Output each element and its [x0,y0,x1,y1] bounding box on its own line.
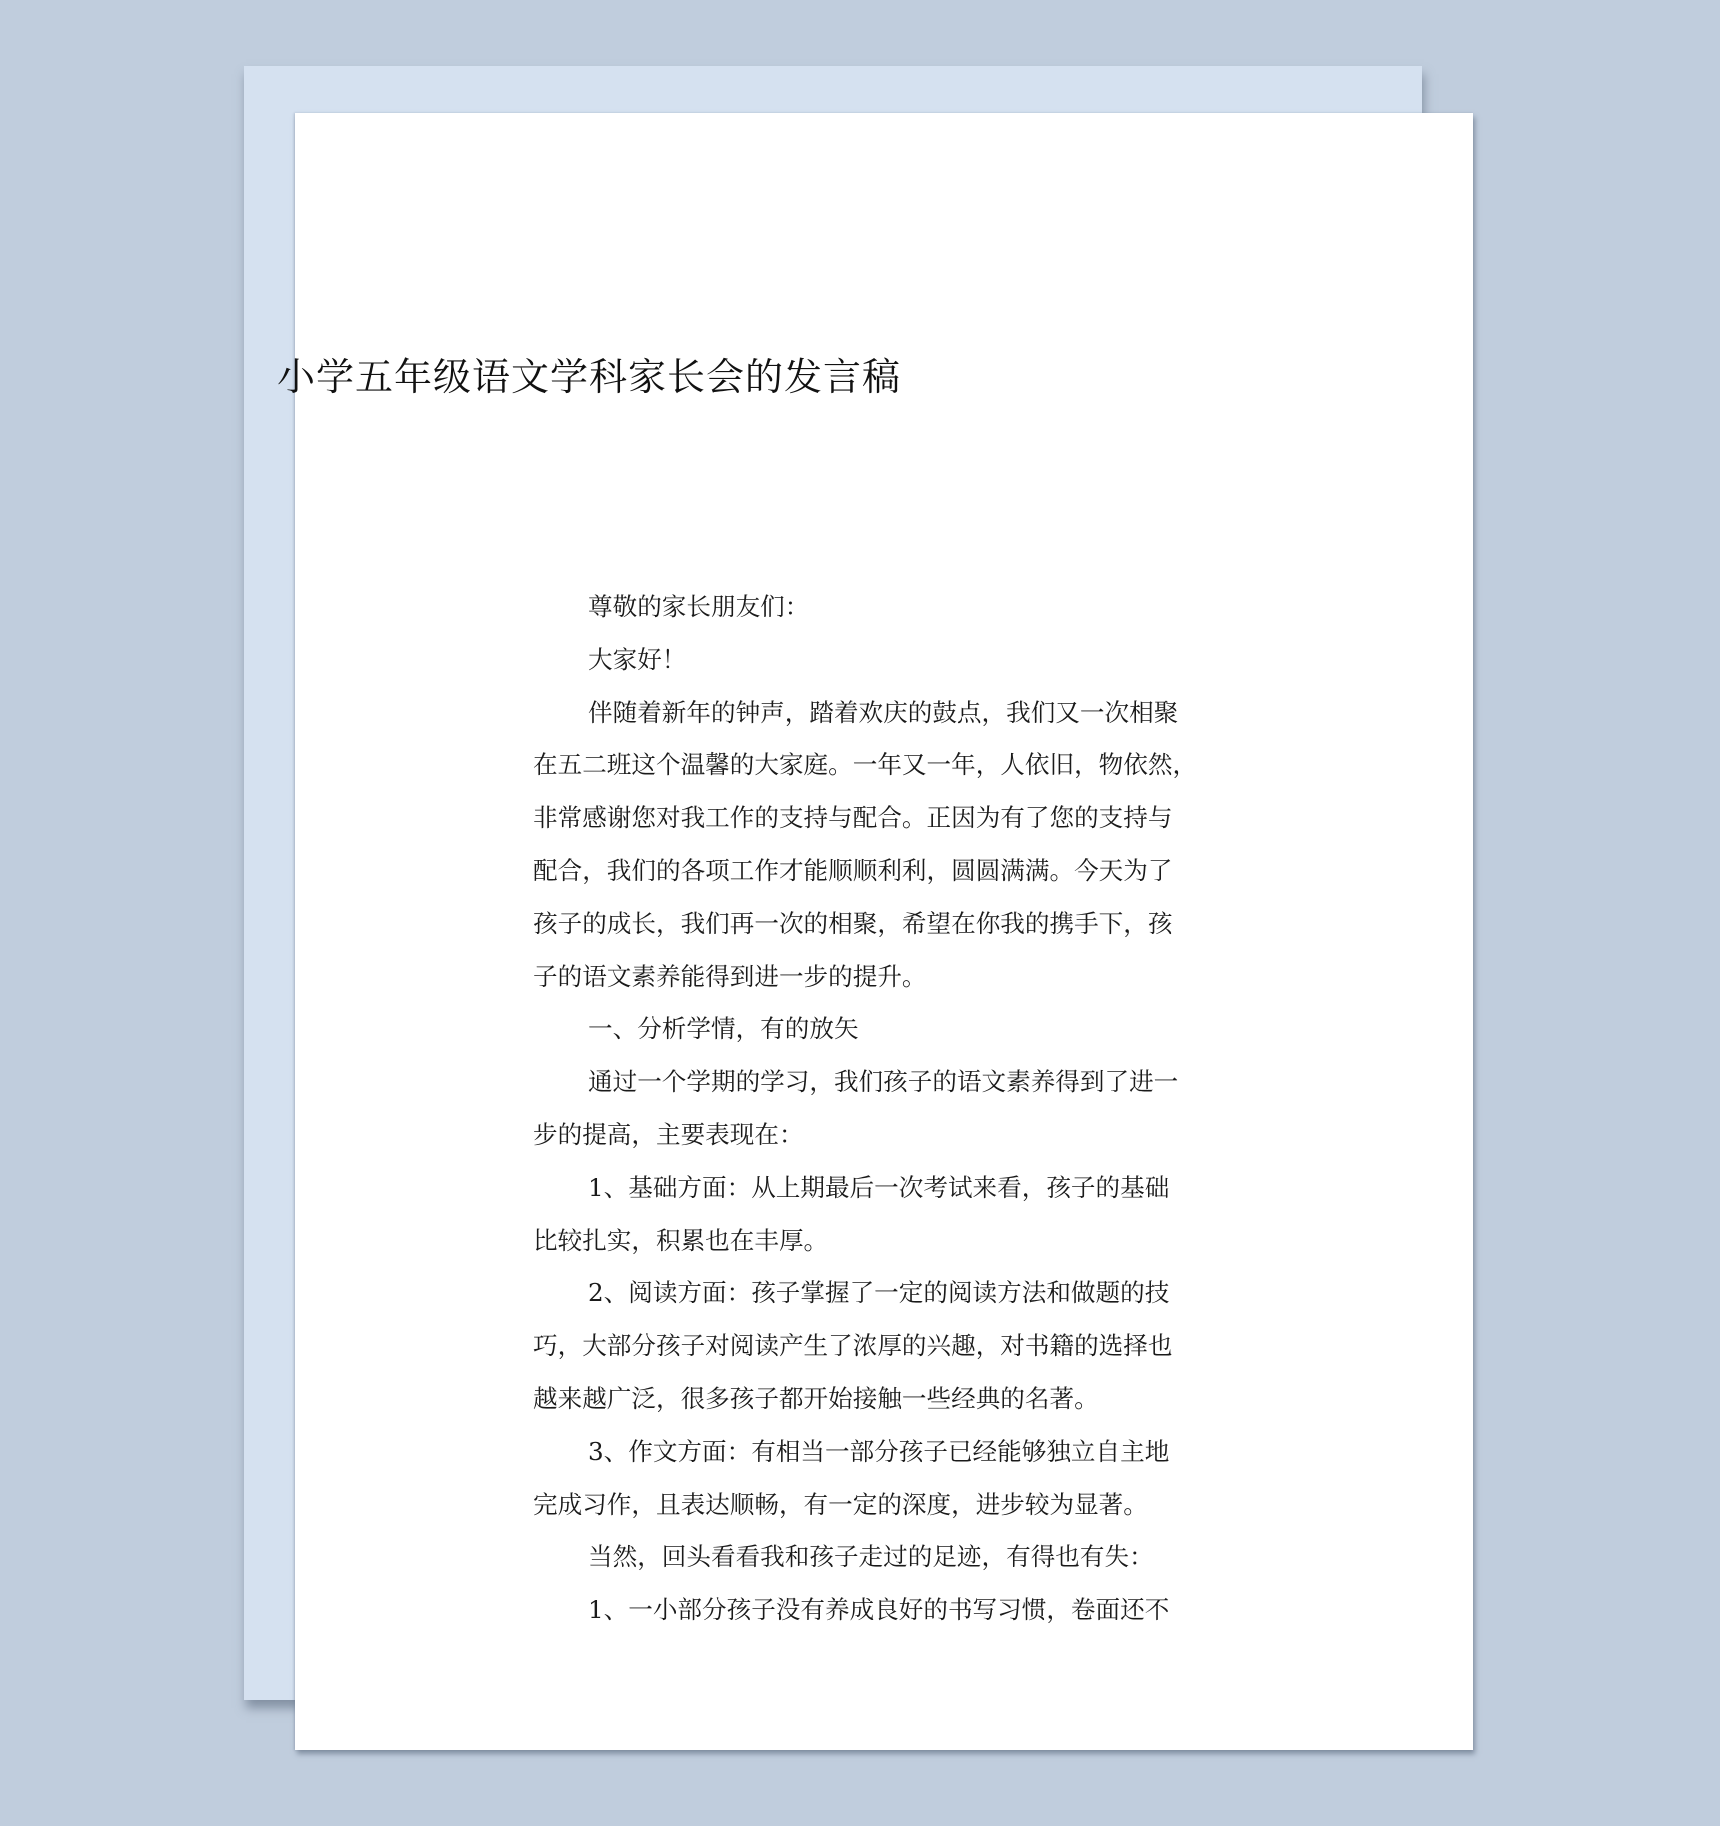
paragraph-line: 子的语文素养能得到进一步的提升。 [533,951,1233,1004]
paragraph-line: 非常感谢您对我工作的支持与配合。正因为有了您的支持与 [533,792,1233,845]
paragraph-line: 比较扎实，积累也在丰厚。 [533,1215,1233,1268]
paragraph-line: 尊敬的家长朋友们： [533,581,1233,634]
paragraph-line: 大家好！ [533,634,1233,687]
paragraph-line: 通过一个学期的学习，我们孩子的语文素养得到了进一 [533,1056,1233,1109]
document-body: 尊敬的家长朋友们： 大家好！ 伴随着新年的钟声，踏着欢庆的鼓点，我们又一次相聚 … [533,581,1233,1637]
paragraph-line: 伴随着新年的钟声，踏着欢庆的鼓点，我们又一次相聚 [533,687,1233,740]
section-heading: 一、分析学情，有的放矢 [533,1003,1233,1056]
list-item-line: 2、阅读方面：孩子掌握了一定的阅读方法和做题的技 [533,1267,1233,1320]
paragraph-line: 当然，回头看看我和孩子走过的足迹，有得也有失： [533,1531,1233,1584]
paragraph-line: 在五二班这个温馨的大家庭。一年又一年，人依旧，物依然， [533,739,1233,792]
paragraph-line: 配合，我们的各项工作才能顺顺利利，圆圆满满。今天为了 [533,845,1233,898]
list-item-line: 1、基础方面：从上期最后一次考试来看，孩子的基础 [533,1162,1233,1215]
paragraph-line: 越来越广泛，很多孩子都开始接触一些经典的名著。 [533,1373,1233,1426]
paragraph-line: 完成习作，且表达顺畅，有一定的深度，进步较为显著。 [533,1479,1233,1532]
paragraph-line: 孩子的成长，我们再一次的相聚，希望在你我的携手下，孩 [533,898,1233,951]
list-item-line: 1、一小部分孩子没有养成良好的书写习惯，卷面还不 [533,1584,1233,1637]
paragraph-line: 步的提高，主要表现在： [533,1109,1233,1162]
document-title: 小学五年级语文学科家长会的发言稿 [0,346,1473,401]
paragraph-line: 巧，大部分孩子对阅读产生了浓厚的兴趣，对书籍的选择也 [533,1320,1233,1373]
list-item-line: 3、作文方面：有相当一部分孩子已经能够独立自主地 [533,1426,1233,1479]
